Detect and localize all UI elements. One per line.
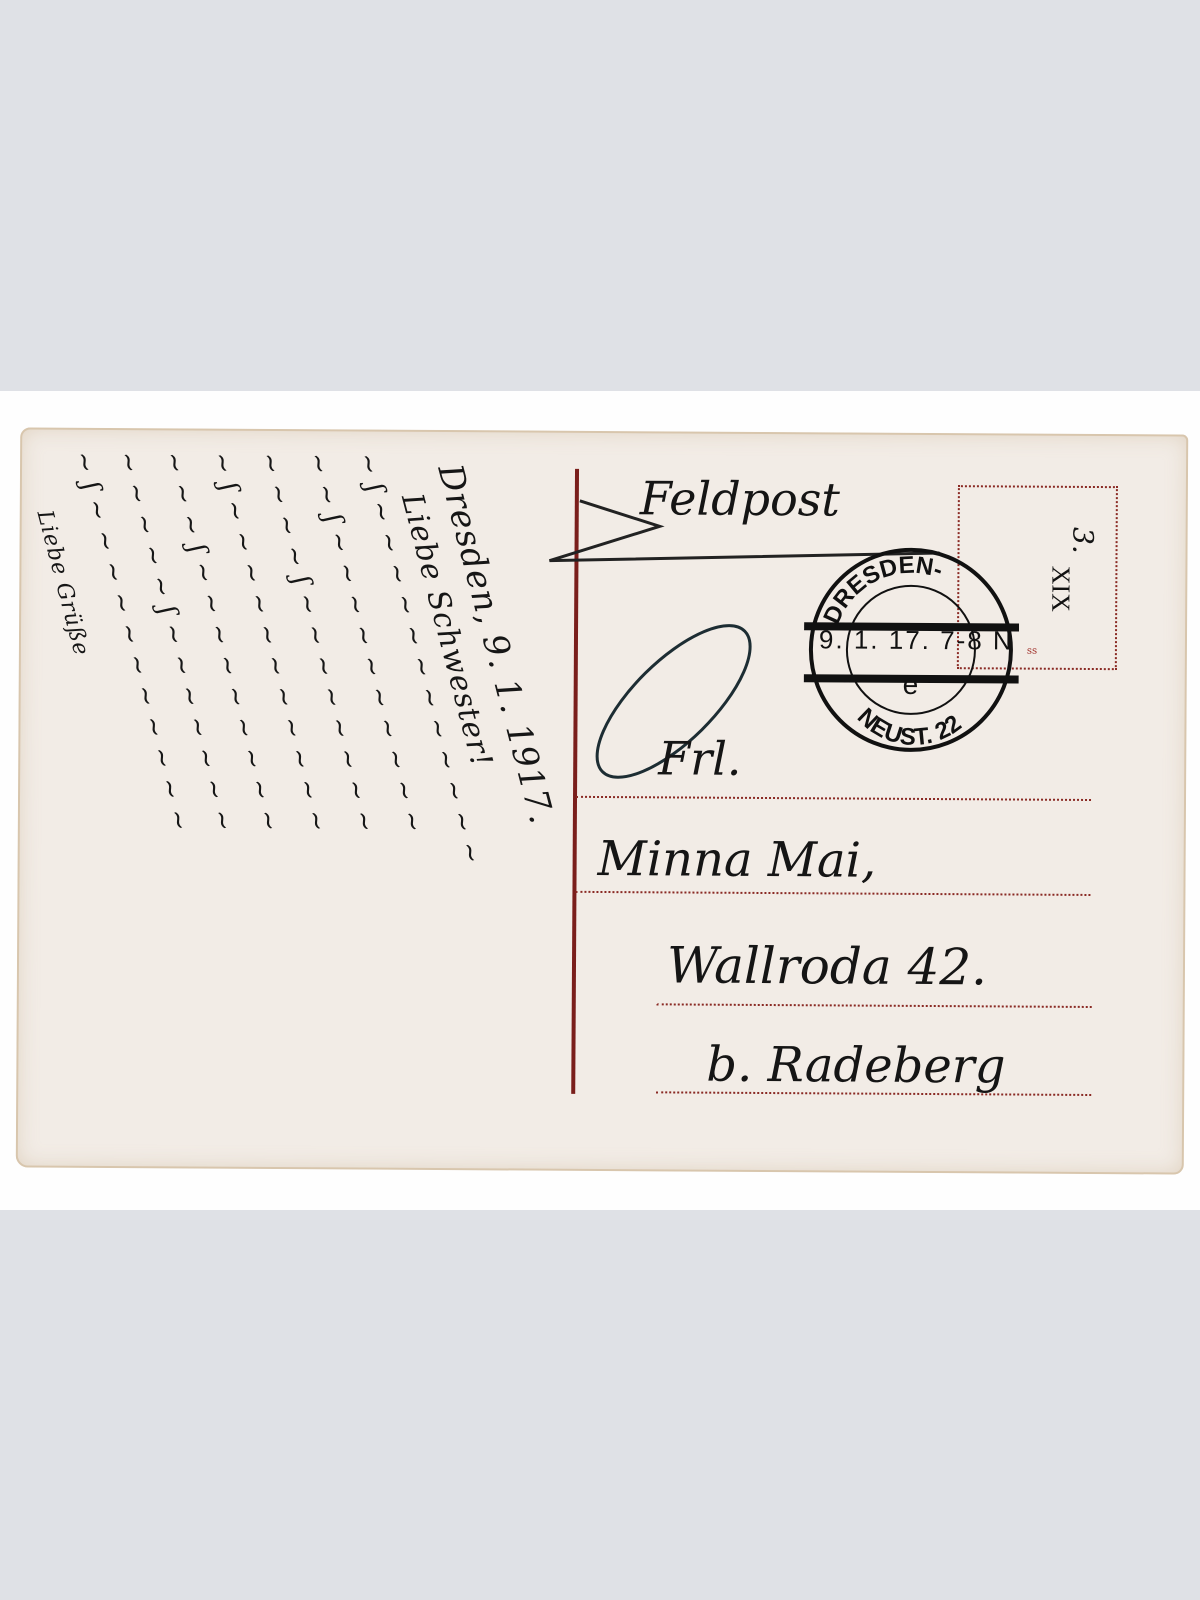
postcard-photo: Dresden, 9. 1. 1917. Liebe Schwester! ~ …: [0, 391, 1200, 1210]
postmark-letter: e: [903, 669, 919, 701]
address-line-3: [657, 1003, 1092, 1008]
recipient-name: Minna Mai,: [597, 831, 876, 889]
salutation: Frl.: [658, 731, 742, 786]
box-note: 3.: [1066, 527, 1099, 554]
stamp-box-text: ss: [1027, 646, 1037, 657]
unit-mark: XIX: [1045, 566, 1075, 612]
town: b. Radeberg: [706, 1037, 1005, 1095]
street: Wallroda 42.: [667, 936, 987, 996]
address-line-2: [575, 891, 1090, 896]
postcard: Dresden, 9. 1. 1917. Liebe Schwester! ~ …: [16, 427, 1188, 1174]
signature: Liebe Grüße: [32, 508, 94, 659]
postmark-date: 9. 1. 17. 7-8 N: [819, 624, 1014, 656]
address-line-4: [656, 1091, 1091, 1096]
svg-text:DRESDEN-: DRESDEN-: [818, 551, 946, 629]
